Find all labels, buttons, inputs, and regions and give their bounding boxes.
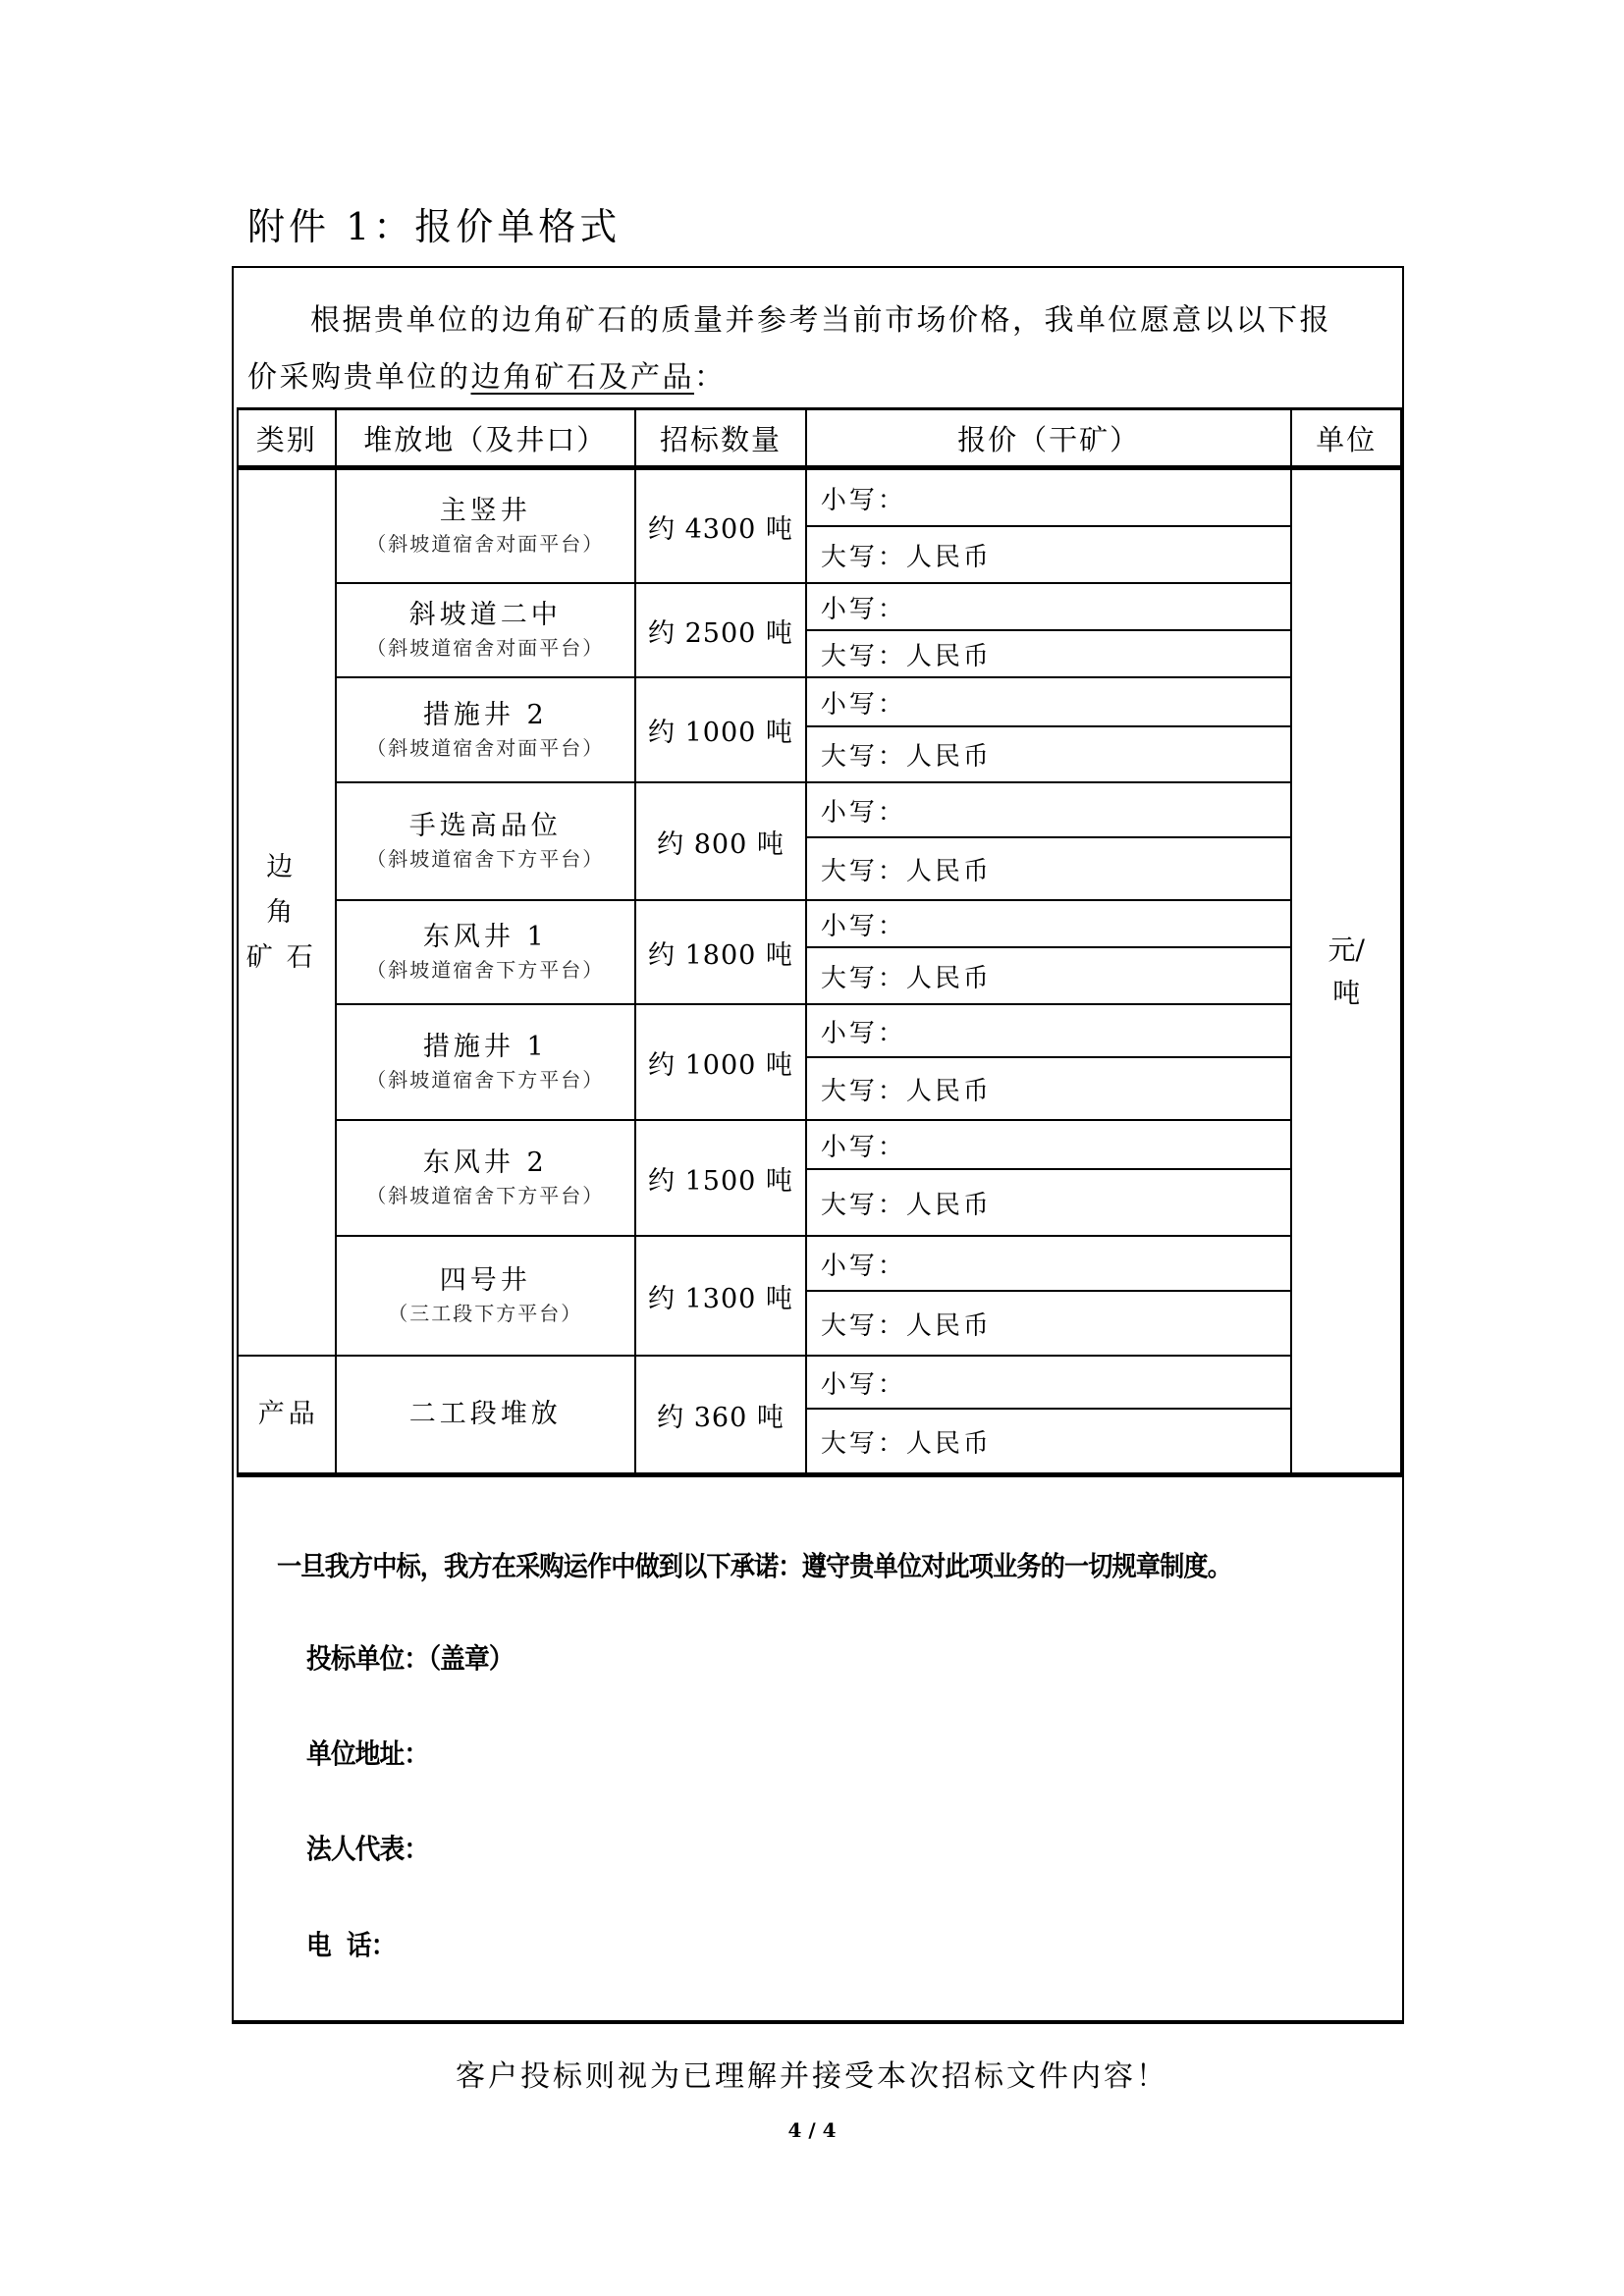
table-row: 斜坡道二中 （斜坡道宿舍对面平台） 约 2500 吨 小写： — [238, 583, 1401, 630]
address-field-label: 单位地址： — [306, 1733, 428, 1772]
price-uppercase-field[interactable]: 大写：人民币 — [806, 630, 1292, 677]
table-row: 手选高品位 （斜坡道宿舍下方平台） 约 800 吨 小写： — [238, 782, 1401, 837]
location-name: 手选高品位 — [337, 809, 635, 844]
location-sub: （斜坡道宿舍下方平台） — [337, 1181, 635, 1210]
header-location: 堆放地（及井口） — [336, 409, 636, 468]
header-price: 报价（干矿） — [806, 409, 1292, 468]
price-uppercase-field[interactable]: 大写：人民币 — [806, 726, 1292, 782]
location-sub: （斜坡道宿舍下方平台） — [337, 1065, 635, 1095]
quantity-cell: 约 1800 吨 — [635, 900, 806, 1004]
legal-rep-field-label: 法人代表： — [306, 1828, 428, 1867]
page-title: 附件 1：报价单格式 — [247, 196, 621, 250]
price-lowercase-field[interactable]: 小写： — [806, 900, 1292, 947]
category-label-line1: 产品 — [258, 1399, 319, 1429]
unit-cell: 元/ 吨 — [1291, 468, 1401, 1475]
location-sub: （斜坡道宿舍对面平台） — [337, 733, 635, 763]
quantity-cell: 约 1500 吨 — [635, 1120, 806, 1236]
price-uppercase-field[interactable]: 大写：人民币 — [806, 1291, 1292, 1356]
location-cell: 手选高品位 （斜坡道宿舍下方平台） — [336, 782, 636, 900]
price-uppercase-field[interactable]: 大写：人民币 — [806, 526, 1292, 583]
location-sub: （三工段下方平台） — [337, 1299, 635, 1328]
phone-field-label: 电 话： — [306, 1924, 396, 1963]
bidder-field-label: 投标单位：（盖章） — [306, 1637, 514, 1677]
location-cell: 措施井 2 （斜坡道宿舍对面平台） — [336, 677, 636, 782]
price-lowercase-field[interactable]: 小写： — [806, 468, 1292, 527]
table-row: 产品 二工段堆放 约 360 吨 小写： — [238, 1356, 1401, 1409]
price-uppercase-field[interactable]: 大写：人民币 — [806, 1409, 1292, 1475]
quote-table: 类别 堆放地（及井口） 招标数量 报价（干矿） 单位 边 角 矿石 主竖井 （斜… — [237, 407, 1402, 1477]
location-sub: （斜坡道宿舍下方平台） — [337, 955, 635, 985]
location-cell: 斜坡道二中 （斜坡道宿舍对面平台） — [336, 583, 636, 677]
table-row: 东风井 2 （斜坡道宿舍下方平台） 约 1500 吨 小写： — [238, 1120, 1401, 1169]
price-lowercase-field[interactable]: 小写： — [806, 1236, 1292, 1291]
intro-paragraph: 根据贵单位的边角矿石的质量并参考当前市场价格，我单位愿意以以下报 价采购贵单位的… — [247, 293, 1396, 406]
quantity-cell: 约 1000 吨 — [635, 677, 806, 782]
price-uppercase-field[interactable]: 大写：人民币 — [806, 1057, 1292, 1120]
category-label-line2: 矿石 — [246, 942, 327, 973]
location-cell: 东风井 2 （斜坡道宿舍下方平台） — [336, 1120, 636, 1236]
price-lowercase-field[interactable]: 小写： — [806, 677, 1292, 726]
location-cell: 主竖井 （斜坡道宿舍对面平台） — [336, 468, 636, 584]
intro-line-2-suffix: ： — [694, 360, 727, 395]
table-header-row: 类别 堆放地（及井口） 招标数量 报价（干矿） 单位 — [238, 409, 1401, 468]
quantity-cell: 约 800 吨 — [635, 782, 806, 900]
location-name: 东风井 1 — [337, 920, 635, 955]
price-uppercase-field[interactable]: 大写：人民币 — [806, 837, 1292, 900]
price-lowercase-field[interactable]: 小写： — [806, 782, 1292, 837]
header-unit: 单位 — [1291, 409, 1401, 468]
location-name: 斜坡道二中 — [337, 598, 635, 633]
price-uppercase-field[interactable]: 大写：人民币 — [806, 947, 1292, 1004]
location-cell: 措施井 1 （斜坡道宿舍下方平台） — [336, 1004, 636, 1120]
header-quantity: 招标数量 — [635, 409, 806, 468]
quantity-cell: 约 1300 吨 — [635, 1236, 806, 1356]
price-lowercase-field[interactable]: 小写： — [806, 1120, 1292, 1169]
page-number: 4 / 4 — [0, 2118, 1624, 2142]
footer-notice: 客户投标则视为已理解并接受本次招标文件内容！ — [0, 2052, 1624, 2095]
quantity-cell: 约 4300 吨 — [635, 468, 806, 584]
header-category: 类别 — [238, 409, 336, 468]
commitment-statement: 一旦我方中标，我方在采购运作中做到以下承诺：遵守贵单位对此项业务的一切规章制度。 — [277, 1545, 1231, 1584]
unit-line2: 吨 — [1332, 977, 1360, 1009]
location-sub: （斜坡道宿舍对面平台） — [337, 633, 635, 663]
location-sub: （斜坡道宿舍下方平台） — [337, 844, 635, 874]
location-cell: 二工段堆放 — [336, 1356, 636, 1475]
quantity-cell: 约 2500 吨 — [635, 583, 806, 677]
location-name: 四号井 — [337, 1263, 635, 1299]
price-lowercase-field[interactable]: 小写： — [806, 583, 1292, 630]
unit-line1: 元/ — [1327, 934, 1364, 966]
quantity-cell: 约 360 吨 — [635, 1356, 806, 1475]
category-cell-product: 产品 — [238, 1356, 336, 1475]
intro-line-1: 根据贵单位的边角矿石的质量并参考当前市场价格，我单位愿意以以下报 — [310, 303, 1331, 338]
price-lowercase-field[interactable]: 小写： — [806, 1004, 1292, 1057]
table-row: 东风井 1 （斜坡道宿舍下方平台） 约 1800 吨 小写： — [238, 900, 1401, 947]
location-cell: 东风井 1 （斜坡道宿舍下方平台） — [336, 900, 636, 1004]
intro-line-2-prefix: 价采购贵单位的 — [247, 360, 471, 395]
table-row: 措施井 1 （斜坡道宿舍下方平台） 约 1000 吨 小写： — [238, 1004, 1401, 1057]
price-uppercase-field[interactable]: 大写：人民币 — [806, 1169, 1292, 1236]
quantity-cell: 约 1000 吨 — [635, 1004, 806, 1120]
category-label-line1: 边 角 — [266, 852, 306, 928]
location-name: 措施井 2 — [337, 698, 635, 733]
location-sub: （斜坡道宿舍对面平台） — [337, 529, 635, 559]
location-name: 措施井 1 — [337, 1030, 635, 1065]
table-row: 四号井 （三工段下方平台） 约 1300 吨 小写： — [238, 1236, 1401, 1291]
location-name: 东风井 2 — [337, 1146, 635, 1181]
location-cell: 四号井 （三工段下方平台） — [336, 1236, 636, 1356]
price-lowercase-field[interactable]: 小写： — [806, 1356, 1292, 1409]
location-name: 二工段堆放 — [337, 1397, 635, 1432]
intro-underlined-scope: 边角矿石及产品 — [471, 360, 695, 395]
location-name: 主竖井 — [337, 494, 635, 529]
category-cell-ore: 边 角 矿石 — [238, 468, 336, 1357]
table-row: 措施井 2 （斜坡道宿舍对面平台） 约 1000 吨 小写： — [238, 677, 1401, 726]
table-row: 边 角 矿石 主竖井 （斜坡道宿舍对面平台） 约 4300 吨 小写： 元/ 吨 — [238, 468, 1401, 527]
